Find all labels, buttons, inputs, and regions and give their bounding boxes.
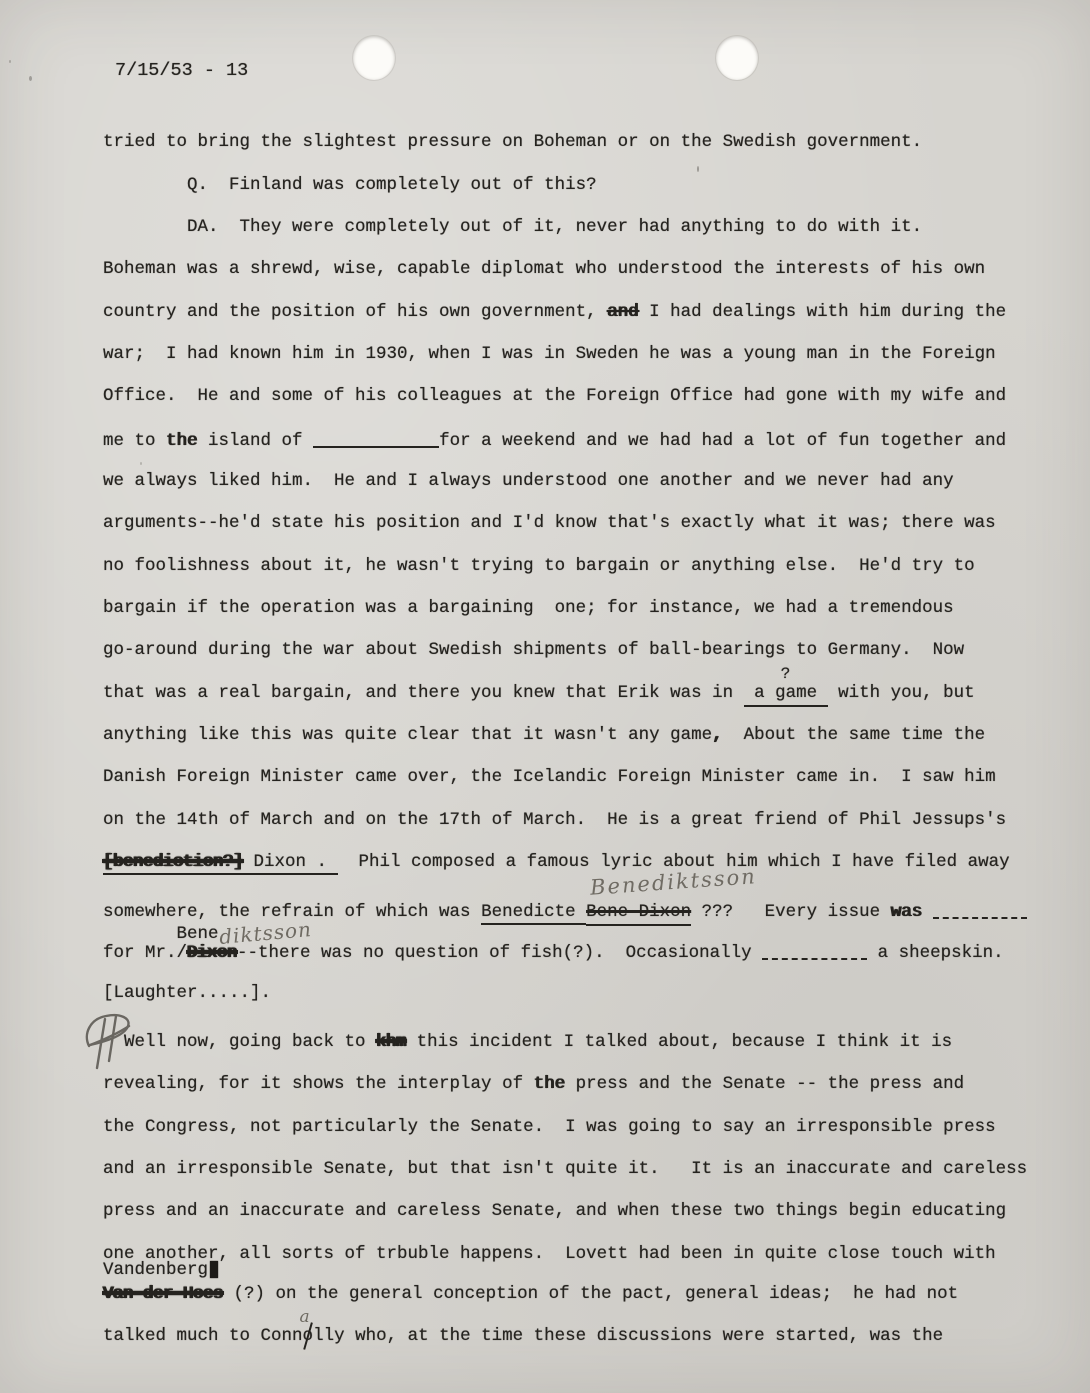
paper-speck xyxy=(140,462,142,465)
document-line: Danish Foreign Minister came over, the I… xyxy=(103,767,996,788)
typed-text: a sheepskin. xyxy=(867,943,1004,963)
typed-text: --there was no question of fish(?). Occa… xyxy=(237,943,762,963)
hole-punch-left xyxy=(353,36,395,80)
typed-text: ??? xyxy=(691,902,733,922)
struck-text-heavy: [benediction?] xyxy=(103,852,243,875)
typed-text: press and an inaccurate and careless Sen… xyxy=(103,1201,1006,1221)
slashed-character: oa xyxy=(303,1326,314,1347)
typed-text: Q. Finland was completely out of this? xyxy=(103,175,597,195)
typed-text-overstruck: the xyxy=(166,431,198,451)
document-line: Boheman was a shrewd, wise, capable dipl… xyxy=(103,259,985,280)
struck-text-heavy: khm xyxy=(376,1032,406,1052)
document-line: anything like this was quite clear that … xyxy=(103,725,985,746)
document-line: revealing, for it shows the interplay of… xyxy=(103,1074,964,1095)
typed-text: About the same time the xyxy=(723,725,986,745)
typed-text: go-around during the war about Swedish s… xyxy=(103,640,964,660)
blank-fill-line xyxy=(762,944,867,960)
paper-speck xyxy=(697,166,699,172)
typed-text: press and the Senate -- the press and xyxy=(565,1074,964,1094)
typed-text-overstruck: was xyxy=(891,902,923,922)
document-line: for Mr./Dixon--there was no question of … xyxy=(103,941,1004,964)
underlined-text: Benedicte xyxy=(481,902,586,925)
paper-speck xyxy=(9,60,11,63)
document-line: no foolishness about it, he wasn't tryin… xyxy=(103,556,975,577)
typed-text: arguments--he'd state his position and I… xyxy=(103,513,996,533)
typed-text: that was a real bargain, and there you k… xyxy=(103,683,744,703)
typed-text: we always liked him. He and I always und… xyxy=(103,471,954,491)
typed-text: DA. They were completely out of it, neve… xyxy=(103,217,922,237)
typed-text: the Congress, not particularly the Senat… xyxy=(103,1117,996,1137)
document-line: Q. Finland was completely out of this? xyxy=(103,175,597,196)
page-header-date: 7/15/53 - 13 xyxy=(115,60,248,81)
typed-text: Every issue xyxy=(733,902,891,922)
typed-text: me to xyxy=(103,431,166,451)
document-line: country and the position of his own gove… xyxy=(103,302,1006,323)
blank-fill-line xyxy=(313,432,439,448)
typed-text-overstruck: the xyxy=(534,1074,566,1094)
struck-text: and xyxy=(607,302,639,322)
document-line: Vandenberg xyxy=(103,1260,218,1281)
typed-text: war; I had known him in 1930, when I was… xyxy=(103,344,996,364)
typed-text: [Laughter.....]. xyxy=(103,983,271,1003)
typed-annotation: ? xyxy=(781,664,791,685)
document-line: bargain if the operation was a bargainin… xyxy=(103,598,954,619)
typed-text: tried to bring the slightest pressure on… xyxy=(103,132,922,152)
document-line: press and an inaccurate and careless Sen… xyxy=(103,1201,1006,1222)
document-line: and an irresponsible Senate, but that is… xyxy=(103,1159,1027,1180)
document-line: that was a real bargain, and there you k… xyxy=(103,683,975,707)
typed-text: lly who, at the time these discussions w… xyxy=(313,1326,943,1346)
document-line: go-around during the war about Swedish s… xyxy=(103,640,964,661)
scanned-document-page: 7/15/53 - 13 tried to bring the slightes… xyxy=(0,0,1090,1393)
typed-text: revealing, for it shows the interplay of xyxy=(103,1074,534,1094)
typed-text: on the 14th of March and on the 17th of … xyxy=(103,810,1006,830)
document-line: tried to bring the slightest pressure on… xyxy=(103,132,922,153)
typed-text: Office. He and some of his colleagues at… xyxy=(103,386,1006,406)
typed-text: this incident I talked about, because I … xyxy=(406,1032,952,1052)
document-line: one another, all sorts of trbuble happen… xyxy=(103,1244,996,1265)
document-line: [Laughter.....]. xyxy=(103,983,271,1004)
document-line: the Congress, not particularly the Senat… xyxy=(103,1117,996,1138)
typed-text: and an irresponsible Senate, but that is… xyxy=(103,1159,1027,1179)
ink-blot-mark xyxy=(210,1261,218,1278)
document-line: Well now, going back to khm this inciden… xyxy=(103,1032,952,1053)
document-line: we always liked him. He and I always und… xyxy=(103,471,954,492)
struck-text-heavy: Dixon xyxy=(187,943,237,963)
typed-text: with you, but xyxy=(828,683,975,703)
typed-text xyxy=(922,902,933,922)
handwritten-annotation: a xyxy=(300,1307,310,1328)
typed-text: Danish Foreign Minister came over, the I… xyxy=(103,767,996,787)
struck-text-heavy: Van der Hoes xyxy=(103,1284,223,1304)
typed-text: Boheman was a shrewd, wise, capable dipl… xyxy=(103,259,985,279)
typed-text: anything like this was quite clear that … xyxy=(103,725,712,745)
document-line: [benediction?] Dixon . Phil composed a f… xyxy=(103,852,1010,873)
document-line: war; I had known him in 1930, when I was… xyxy=(103,344,996,365)
blank-fill-line xyxy=(933,903,1028,919)
typed-text: bargain if the operation was a bargainin… xyxy=(103,598,954,618)
document-line: Van der Hoes (?) on the general concepti… xyxy=(103,1284,958,1305)
typed-text: one another, all sorts of trbuble happen… xyxy=(103,1244,996,1264)
hole-punch-right xyxy=(716,36,758,80)
typed-text: country and the position of his own gove… xyxy=(103,302,607,322)
document-line: talked much to Connoally who, at the tim… xyxy=(103,1326,943,1347)
typed-text: island of xyxy=(198,431,314,451)
typed-text: I had dealings with him during the xyxy=(639,302,1007,322)
underlined-text: Dixon . xyxy=(243,852,338,875)
struck-underlined-text: Bene DixonBenediktsson xyxy=(586,902,691,926)
document-line: on the 14th of March and on the 17th of … xyxy=(103,810,1006,831)
document-line: me to the island of for a weekend and we… xyxy=(103,429,1006,452)
document-line: DA. They were completely out of it, neve… xyxy=(103,217,922,238)
typed-text: for Mr./ xyxy=(103,943,187,963)
document-line: Office. He and some of his colleagues at… xyxy=(103,386,1006,407)
typed-text: for a weekend and we had had a lot of fu… xyxy=(439,431,1006,451)
typed-text: no foolishness about it, he wasn't tryin… xyxy=(103,556,975,576)
typed-text-overstruck: , xyxy=(712,725,723,745)
underlined-text: a game ? xyxy=(744,683,828,707)
typed-text: (?) on the general conception of the pac… xyxy=(223,1284,958,1304)
paper-speck xyxy=(29,76,32,81)
typed-text: talked much to Conn xyxy=(103,1326,303,1346)
typed-text: Well now, going back to xyxy=(103,1032,376,1052)
typed-text: Vandenberg xyxy=(103,1260,208,1280)
document-line: arguments--he'd state his position and I… xyxy=(103,513,996,534)
